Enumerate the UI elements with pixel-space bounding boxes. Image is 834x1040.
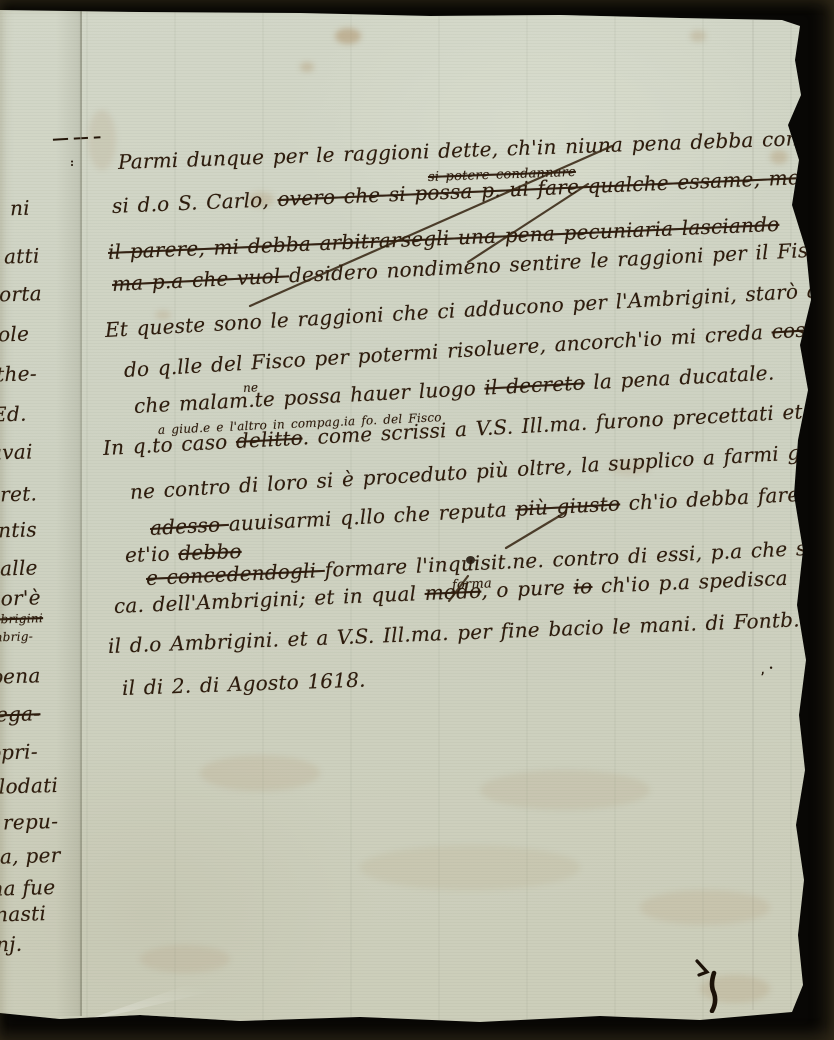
stain	[200, 755, 320, 791]
margin-fragment: nia, per	[0, 843, 61, 869]
margin-fragment: atti	[4, 244, 40, 269]
stain	[640, 890, 770, 925]
margin-fragment: ethe-	[0, 361, 37, 386]
margin-fragment: avai	[0, 439, 33, 464]
margin-fragment: e lodati	[0, 773, 59, 799]
stain	[770, 150, 788, 164]
struck-text: delitto	[235, 426, 303, 453]
struck-text: modo	[424, 579, 482, 605]
stain	[140, 945, 230, 973]
margin-fragment: rega-	[0, 701, 41, 727]
margin-fragment: ona fue	[0, 875, 56, 901]
fold-flap-highlight	[92, 966, 242, 1018]
fold-crease	[80, 10, 82, 1016]
margin-fragment: ppri-	[0, 739, 38, 764]
triple-dash-mark: — –– –	[52, 127, 101, 150]
struck-text: adesso	[149, 512, 229, 540]
struck-text: più giusto	[515, 491, 621, 520]
struck-text: cosa	[771, 317, 819, 344]
text-segment: la pena ducatale.	[584, 360, 775, 394]
text-segment: il d.o Ambrigini. et a V.S. Ill.ma. per …	[108, 607, 813, 658]
stain	[690, 30, 706, 42]
margin-fragment: Ambrig-	[0, 629, 33, 644]
text-segment: Parmi dunque per le raggioni dette, ch'i…	[118, 123, 834, 174]
line-1: Parmi dunque per le raggioni dette, ch'i…	[118, 123, 834, 174]
text-segment: auuisarmi q.llo che reputa	[228, 497, 516, 536]
margin-fragment: lor'è	[0, 585, 41, 610]
text-segment: et'io	[125, 541, 179, 567]
struck-text: io	[573, 574, 593, 599]
line-13: il d.o Ambrigini. et a V.S. Ill.ma. per …	[108, 607, 813, 658]
text-segment: ch'io debba fare	[619, 482, 799, 515]
stain	[300, 62, 314, 72]
folio-ink-mark	[690, 953, 730, 1013]
struck-text: il decreto	[484, 370, 586, 399]
text-segment: il di 2. di Agosto 1618.	[122, 668, 366, 700]
struck-text: ma p.a che vuol	[111, 263, 289, 296]
colon-mark: :	[70, 156, 74, 169]
stain	[360, 845, 580, 890]
margin-fragment: Ambrigini	[0, 611, 43, 627]
text-segment: In q.to caso	[102, 429, 236, 460]
margin-fragment: Ed.	[0, 402, 27, 427]
margin-fragment: ole	[0, 322, 30, 347]
margin-fragment: nj.	[0, 932, 23, 957]
stain	[480, 770, 650, 810]
margin-fragment: alle	[0, 555, 38, 580]
margin-fragment: ni	[10, 196, 31, 221]
comma-dot-mark: ‚ ·	[759, 661, 775, 678]
margin-fragment: entis	[0, 517, 37, 542]
margin-fragment: porta	[0, 281, 42, 307]
text-segment: si d.o S. Carlo,	[111, 187, 277, 218]
text-segment: ch'io p.a spedisca	[592, 566, 788, 598]
text-segment: , o pure	[481, 575, 574, 603]
margin-fragment: eret.	[0, 481, 37, 506]
stain	[335, 28, 361, 44]
margin-fragment: dnasti	[0, 901, 46, 927]
stain	[700, 975, 770, 1003]
line-14-date: il di 2. di Agosto 1618.	[122, 668, 366, 700]
margin-fragment: a repu-	[0, 809, 59, 835]
manuscript-page: — –– – : ‚ · niattiportaoleethe-Ed.avaie…	[0, 0, 834, 1040]
margin-fragment: pena	[0, 663, 41, 688]
manuscript-scan: — –– – : ‚ · niattiportaoleethe-Ed.avaie…	[0, 0, 834, 1040]
